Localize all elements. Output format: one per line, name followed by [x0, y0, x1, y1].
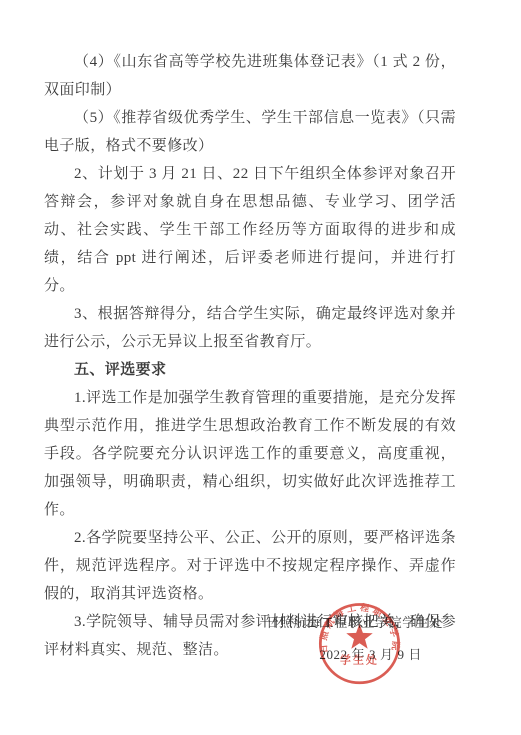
document-page: （4）《山东省高等学校先进班集体登记表》（1 式 2 份，双面印制） （5）《推… — [0, 0, 521, 735]
procedure-item-2: 2、计划于 3 月 21 日、22 日下午组织全体参评对象召开答辩会，参评对象就… — [44, 160, 456, 300]
issue-date: 2022 年 3 月 9 日 — [44, 642, 456, 668]
requirement-item-2: 2.各学院要坚持公平、公正、公开的原则，要严格评选条件，规范评选程序。对于评选中… — [44, 524, 456, 608]
issuer-signature: 日照航海工程职业学院学生处 — [44, 610, 456, 636]
attachment-item-4: （4）《山东省高等学校先进班集体登记表》（1 式 2 份，双面印制） — [44, 48, 456, 104]
closing-block: 日照航海工程职业学院学生处 2022 年 3 月 9 日 — [44, 610, 456, 668]
document-body: （4）《山东省高等学校先进班集体登记表》（1 式 2 份，双面印制） （5）《推… — [44, 48, 456, 664]
attachment-item-5: （5）《推荐省级优秀学生、学生干部信息一览表》（只需电子版，格式不要修改） — [44, 104, 456, 160]
section-heading-requirements: 五、评选要求 — [44, 356, 456, 384]
procedure-item-3: 3、根据答辩得分，结合学生实际，确定最终评选对象并进行公示，公示无异议上报至省教… — [44, 300, 456, 356]
requirement-item-1: 1.评选工作是加强学生教育管理的重要措施，是充分发挥典型示范作用，推进学生思想政… — [44, 384, 456, 524]
